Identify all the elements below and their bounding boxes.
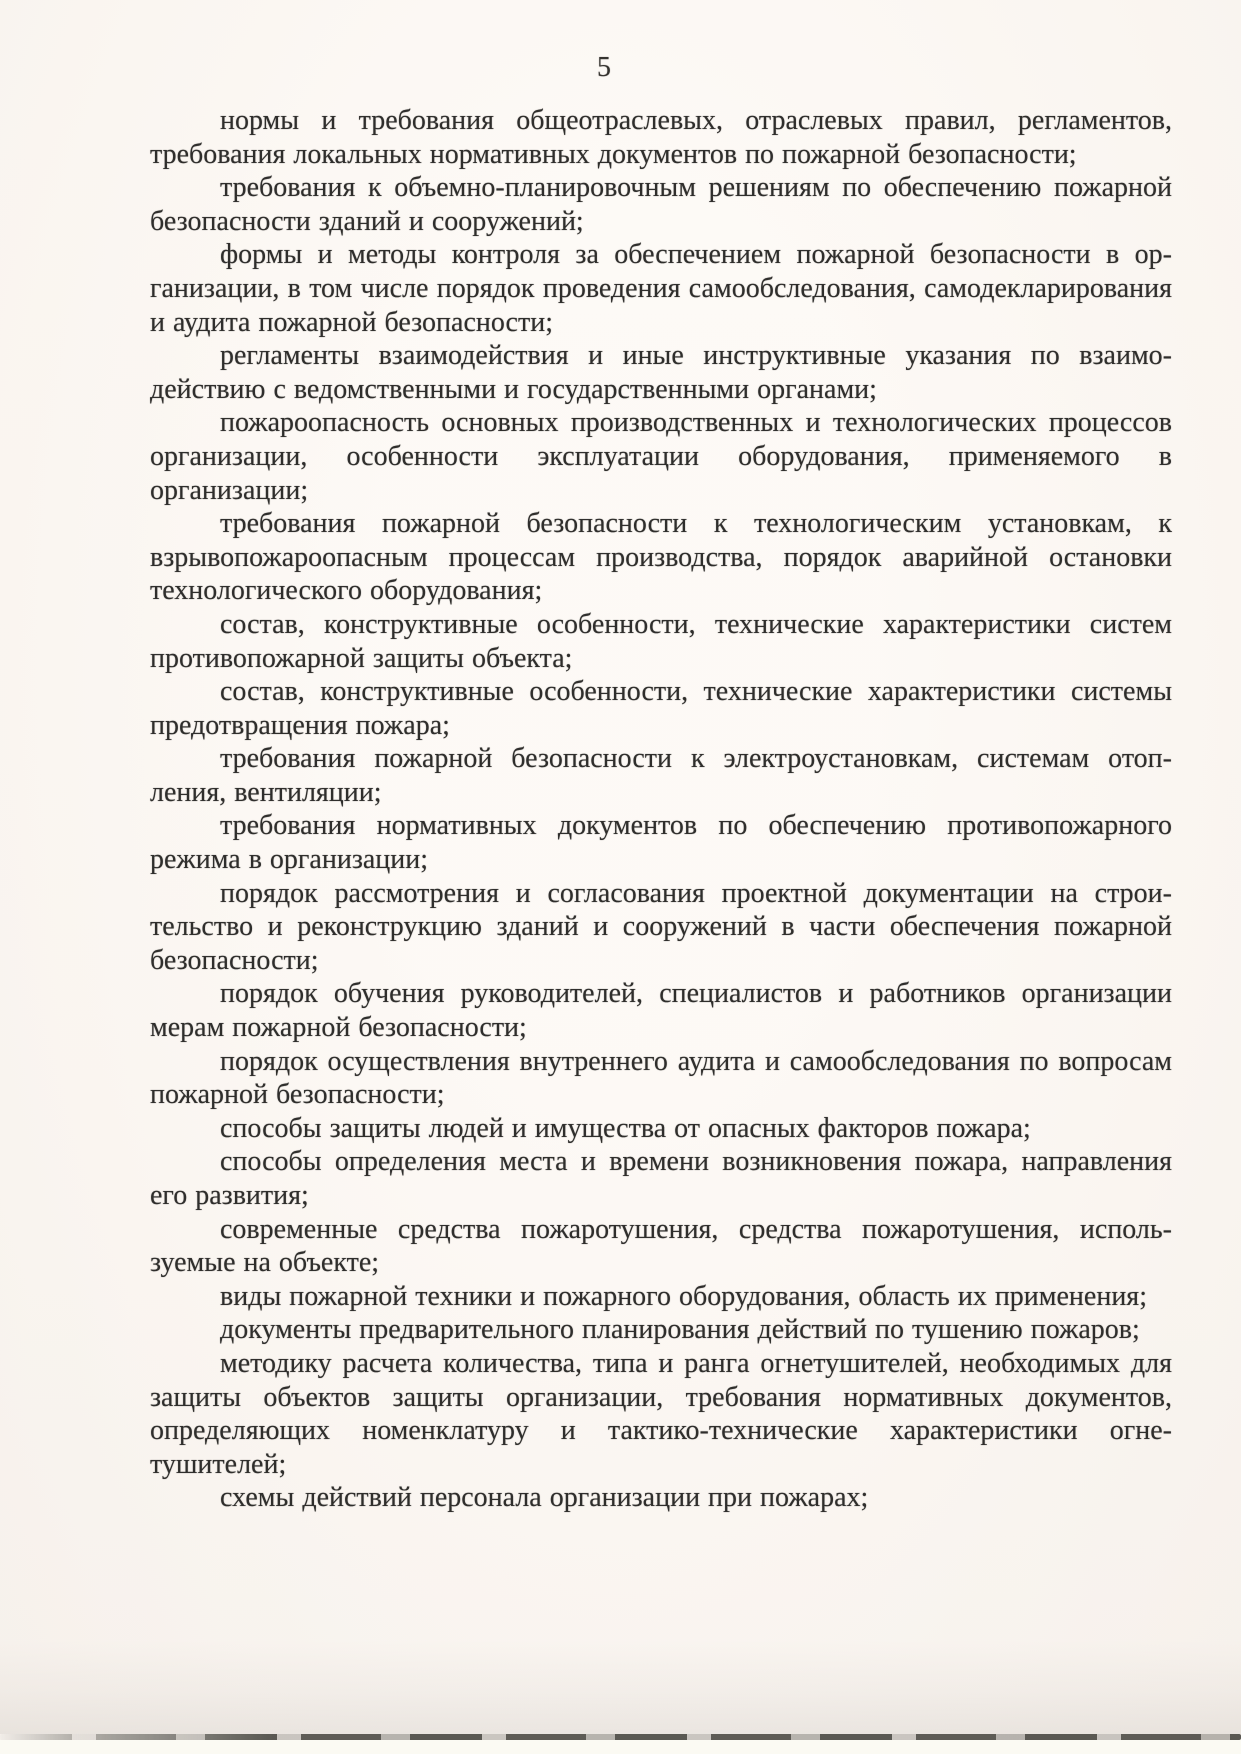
paragraph: пожароопасность основных производственны… bbox=[150, 406, 1172, 507]
paragraph: требования пожарной безопасности к техно… bbox=[150, 507, 1172, 608]
paragraph: виды пожарной техники и пожарного оборуд… bbox=[150, 1280, 1172, 1314]
paragraph: требования нормативных документов по обе… bbox=[150, 809, 1172, 876]
paragraph: схемы действий персонала организации при… bbox=[150, 1481, 1172, 1515]
paragraph: документы предварительного планирования … bbox=[150, 1313, 1172, 1347]
page-number: 5 bbox=[0, 52, 1208, 84]
paragraph: порядок рассмотрения и согласования прое… bbox=[150, 877, 1172, 978]
paragraph: требования пожарной безопасности к элект… bbox=[150, 742, 1172, 809]
paragraph: способы защиты людей и имущества от опас… bbox=[150, 1112, 1172, 1146]
paragraph: порядок осуществления внутреннего аудита… bbox=[150, 1045, 1172, 1112]
paragraph: нормы и требования общеотраслевых, отрас… bbox=[150, 104, 1172, 171]
scanned-page: 5 нормы и требования общеотраслевых, отр… bbox=[0, 0, 1241, 1754]
paragraph: формы и методы контроля за обеспечением … bbox=[150, 238, 1172, 339]
document-body: нормы и требования общеотраслевых, отрас… bbox=[150, 104, 1172, 1515]
paragraph: методику расчета количества, типа и ранг… bbox=[150, 1347, 1172, 1481]
paragraph: состав, конструктивные особенности, техн… bbox=[150, 675, 1172, 742]
scan-bottom-shadow bbox=[0, 1640, 1241, 1734]
paragraph: современные средства пожаротушения, сред… bbox=[150, 1213, 1172, 1280]
paragraph: способы определения места и времени возн… bbox=[150, 1145, 1172, 1212]
paragraph: требования к объемно-планировочным решен… bbox=[150, 171, 1172, 238]
paragraph: регламенты взаимодействия и иные инструк… bbox=[150, 339, 1172, 406]
paragraph: состав, конструктивные особенности, техн… bbox=[150, 608, 1172, 675]
scan-below-edge-strip bbox=[0, 1740, 1241, 1754]
paragraph: порядок обучения руководителей, специали… bbox=[150, 977, 1172, 1044]
